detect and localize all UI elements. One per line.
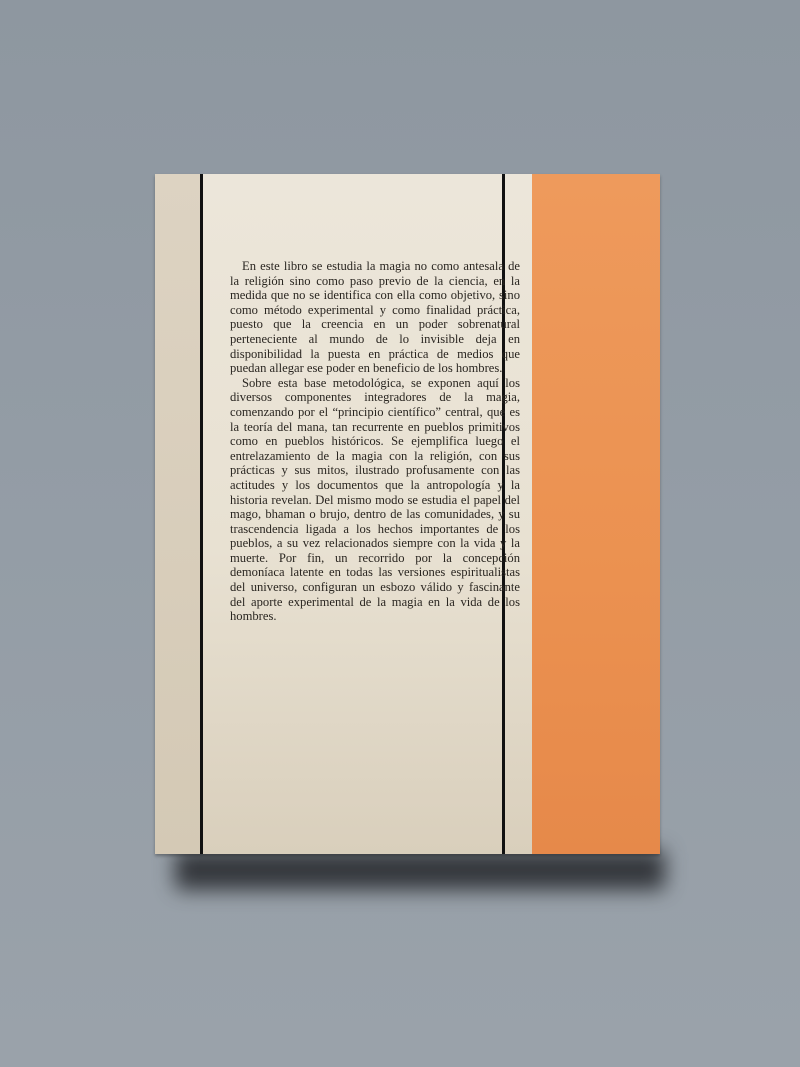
cover-left-band (155, 174, 200, 854)
cover-orange-band (532, 174, 660, 854)
left-vertical-rule (200, 174, 203, 854)
book-shadow (175, 850, 665, 890)
blurb-paragraph-2: Sobre esta base metodológica, se exponen… (230, 376, 520, 624)
blurb-text: En este libro se estudia la magia no com… (230, 259, 520, 624)
blurb-paragraph-1: En este libro se estudia la magia no com… (230, 259, 520, 376)
